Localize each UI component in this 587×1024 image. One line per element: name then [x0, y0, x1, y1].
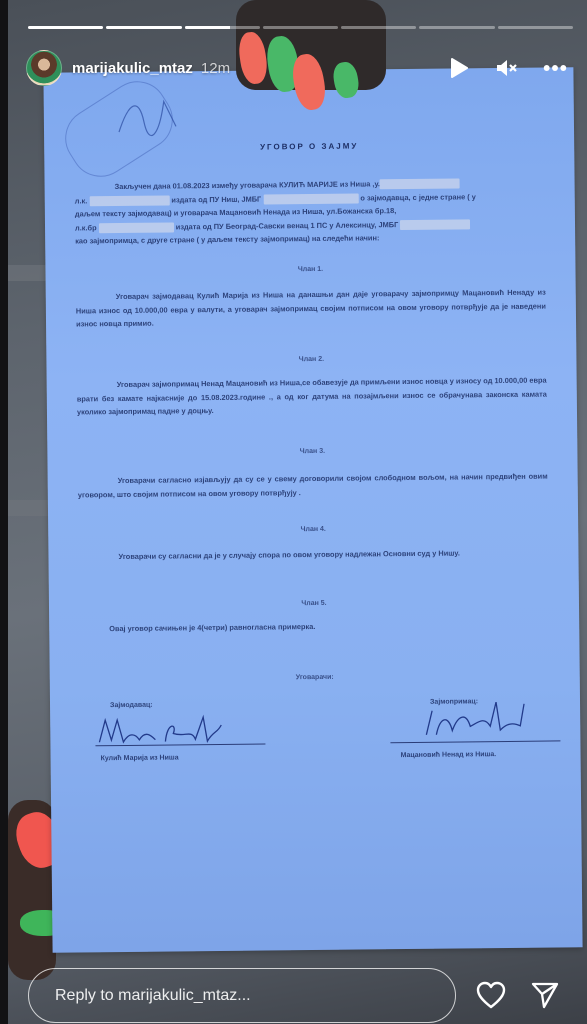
- desk-edge: [8, 500, 48, 516]
- post-time: 12m: [201, 60, 230, 77]
- clause-3-text: Уговарачи сагласно изјављују да су се у …: [78, 470, 548, 502]
- reply-field[interactable]: [28, 968, 456, 1023]
- play-button[interactable]: [447, 56, 471, 80]
- clause-3-heading: Члан 3.: [47, 445, 577, 458]
- story-segment: [419, 26, 494, 29]
- contract-document: УГОВОР О ЗАЈМУ Закључен дана 01.08.2023 …: [43, 67, 582, 953]
- signatures-heading: Уговарачи:: [50, 671, 580, 684]
- clause-2-text: Уговарач зајмопримац Ненад Мацановић из …: [77, 374, 547, 419]
- play-icon: [450, 58, 468, 78]
- lender-signature: [95, 711, 225, 748]
- story-header: marijakulic_mtaz 12m: [26, 48, 567, 88]
- story-segment: [341, 26, 416, 29]
- send-icon: [531, 981, 559, 1009]
- more-horizontal-icon: [543, 64, 567, 72]
- story-segment: [106, 26, 181, 29]
- speaker-muted-icon: [496, 58, 518, 78]
- share-button[interactable]: [528, 978, 562, 1012]
- stamp-signature: [114, 91, 185, 142]
- lender-name: Кулић Марија из Ниша: [101, 754, 179, 762]
- clause-1-text: Уговарач зајмодавац Кулић Марија из Ниша…: [76, 286, 546, 331]
- avatar[interactable]: [26, 50, 62, 86]
- contract-intro: Закључен дана 01.08.2023 између уговарач…: [75, 176, 546, 248]
- story-segment: [263, 26, 338, 29]
- borrower-signature-line: [390, 740, 560, 743]
- borrower-signature: [420, 696, 530, 741]
- like-button[interactable]: [474, 978, 508, 1012]
- lender-label: Зајмодавац:: [110, 702, 153, 709]
- story-progress-bar: [28, 26, 573, 29]
- screen-edge: [0, 0, 8, 1024]
- clause-5-heading: Члан 5.: [49, 597, 579, 610]
- mute-button[interactable]: [495, 56, 519, 80]
- clause-4-text: Уговарачи су сагласни да је у случају сп…: [78, 546, 548, 564]
- clause-4-heading: Члан 4.: [48, 523, 578, 536]
- story-segment: [498, 26, 573, 29]
- heart-icon: [476, 981, 506, 1009]
- clause-2-heading: Члан 2.: [46, 353, 576, 366]
- story-segment: [185, 26, 260, 29]
- borrower-name: Мацановић Ненад из Ниша.: [401, 751, 497, 759]
- username[interactable]: marijakulic_mtaz: [72, 60, 193, 77]
- story-segment: [28, 26, 103, 29]
- clause-5-text: Овај уговор сачињен је 4(четри) равногла…: [79, 618, 549, 636]
- reply-input[interactable]: [55, 987, 455, 1005]
- more-options-button[interactable]: [543, 56, 567, 80]
- desk-edge: [8, 265, 48, 281]
- clause-1-heading: Члан 1.: [45, 263, 575, 276]
